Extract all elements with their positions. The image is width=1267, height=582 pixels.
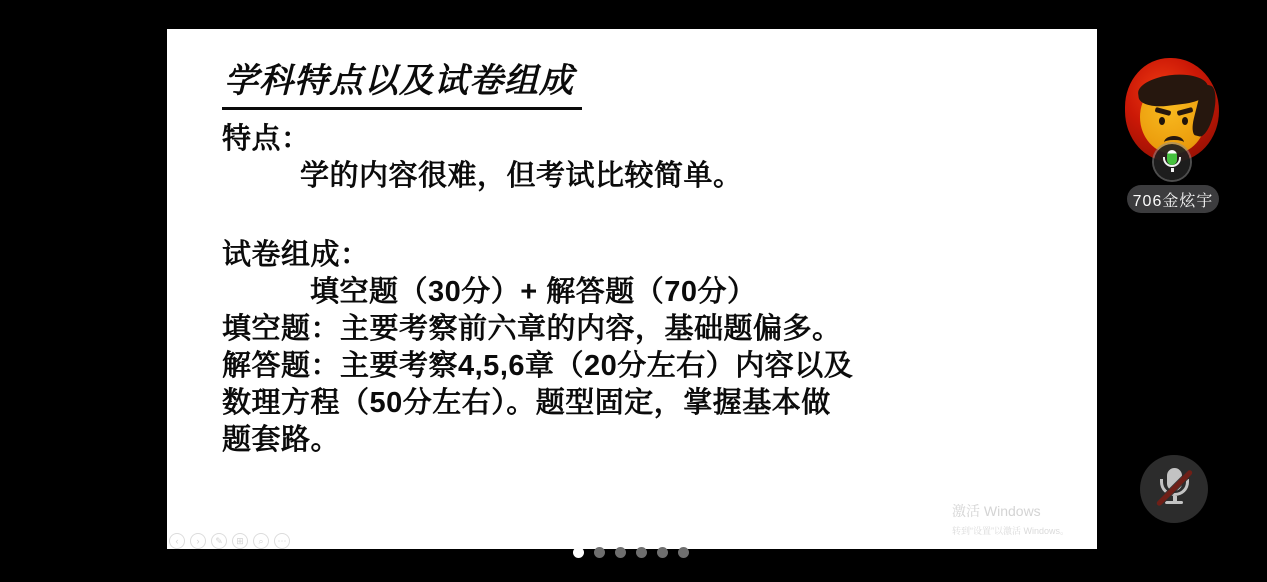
zoom-button[interactable]: ⌕ xyxy=(253,533,269,549)
slide-dot-2[interactable] xyxy=(594,547,605,558)
shared-slide: 学科特点以及试卷组成 特点： 学的内容很难，但考试比较简单。 试卷组成： 填空题… xyxy=(167,29,1097,549)
watermark-line1: 激活 Windows xyxy=(952,501,1069,521)
slide-text-line: 题套路。 xyxy=(222,422,1072,459)
slide-title: 学科特点以及试卷组成 xyxy=(222,53,582,110)
avatar-eye-left xyxy=(1159,117,1165,125)
slide-text-line: 解答题：主要考察4,5,6章（20分左右）内容以及 xyxy=(222,348,1072,385)
mic-active-indicator-icon xyxy=(1154,144,1190,180)
slide-dot-4[interactable] xyxy=(636,547,647,558)
microphone-mute-button[interactable] xyxy=(1140,455,1208,523)
windows-activation-watermark: 激活 Windows 转到“设置”以激活 Windows。 xyxy=(952,501,1069,537)
next-slide-button[interactable]: › xyxy=(190,533,206,549)
slide-text-line: 填空题：主要考察前六章的内容，基础题偏多。 xyxy=(222,311,1072,348)
slide-dot-5[interactable] xyxy=(657,547,668,558)
slide-text-line: 数理方程（50分左右）。题型固定，掌握基本做 xyxy=(222,385,1072,422)
slide-text-line: 填空题（30分）+ 解答题（70分） xyxy=(222,274,1072,311)
participant-name-badge: 706金炫宇 xyxy=(1127,185,1219,213)
pen-annotate-button[interactable]: ✎ xyxy=(211,533,227,549)
slide-body: 特点： 学的内容很难，但考试比较简单。 试卷组成： 填空题（30分）+ 解答题（… xyxy=(222,121,1072,459)
muted-mic-base xyxy=(1165,501,1183,504)
meeting-window: 学科特点以及试卷组成 特点： 学的内容很难，但考试比较简单。 试卷组成： 填空题… xyxy=(0,0,1267,582)
participant-name: 706金炫宇 xyxy=(1133,188,1214,211)
slide-text-gap xyxy=(222,195,1072,237)
more-options-button[interactable]: ⋯ xyxy=(274,533,290,549)
watermark-line2: 转到“设置”以激活 Windows。 xyxy=(952,524,1069,537)
slide-text-line: 试卷组成： xyxy=(222,237,1072,274)
previous-slide-button[interactable]: ‹ xyxy=(169,533,185,549)
slide-dot-3[interactable] xyxy=(615,547,626,558)
avatar-eye-right xyxy=(1182,117,1188,125)
mic-stem xyxy=(1171,168,1174,172)
slide-grid-button[interactable]: ⊞ xyxy=(232,533,248,549)
presenter-toolbar: ‹›✎⊞⌕⋯ xyxy=(169,533,290,549)
slide-dot-1[interactable] xyxy=(573,547,584,558)
mic-capsule-green-level xyxy=(1167,150,1177,165)
slide-pagination-dots xyxy=(573,547,689,558)
slide-text-line: 学的内容很难，但考试比较简单。 xyxy=(222,158,1072,195)
slide-dot-6[interactable] xyxy=(678,547,689,558)
slide-text-line: 特点： xyxy=(222,121,1072,158)
